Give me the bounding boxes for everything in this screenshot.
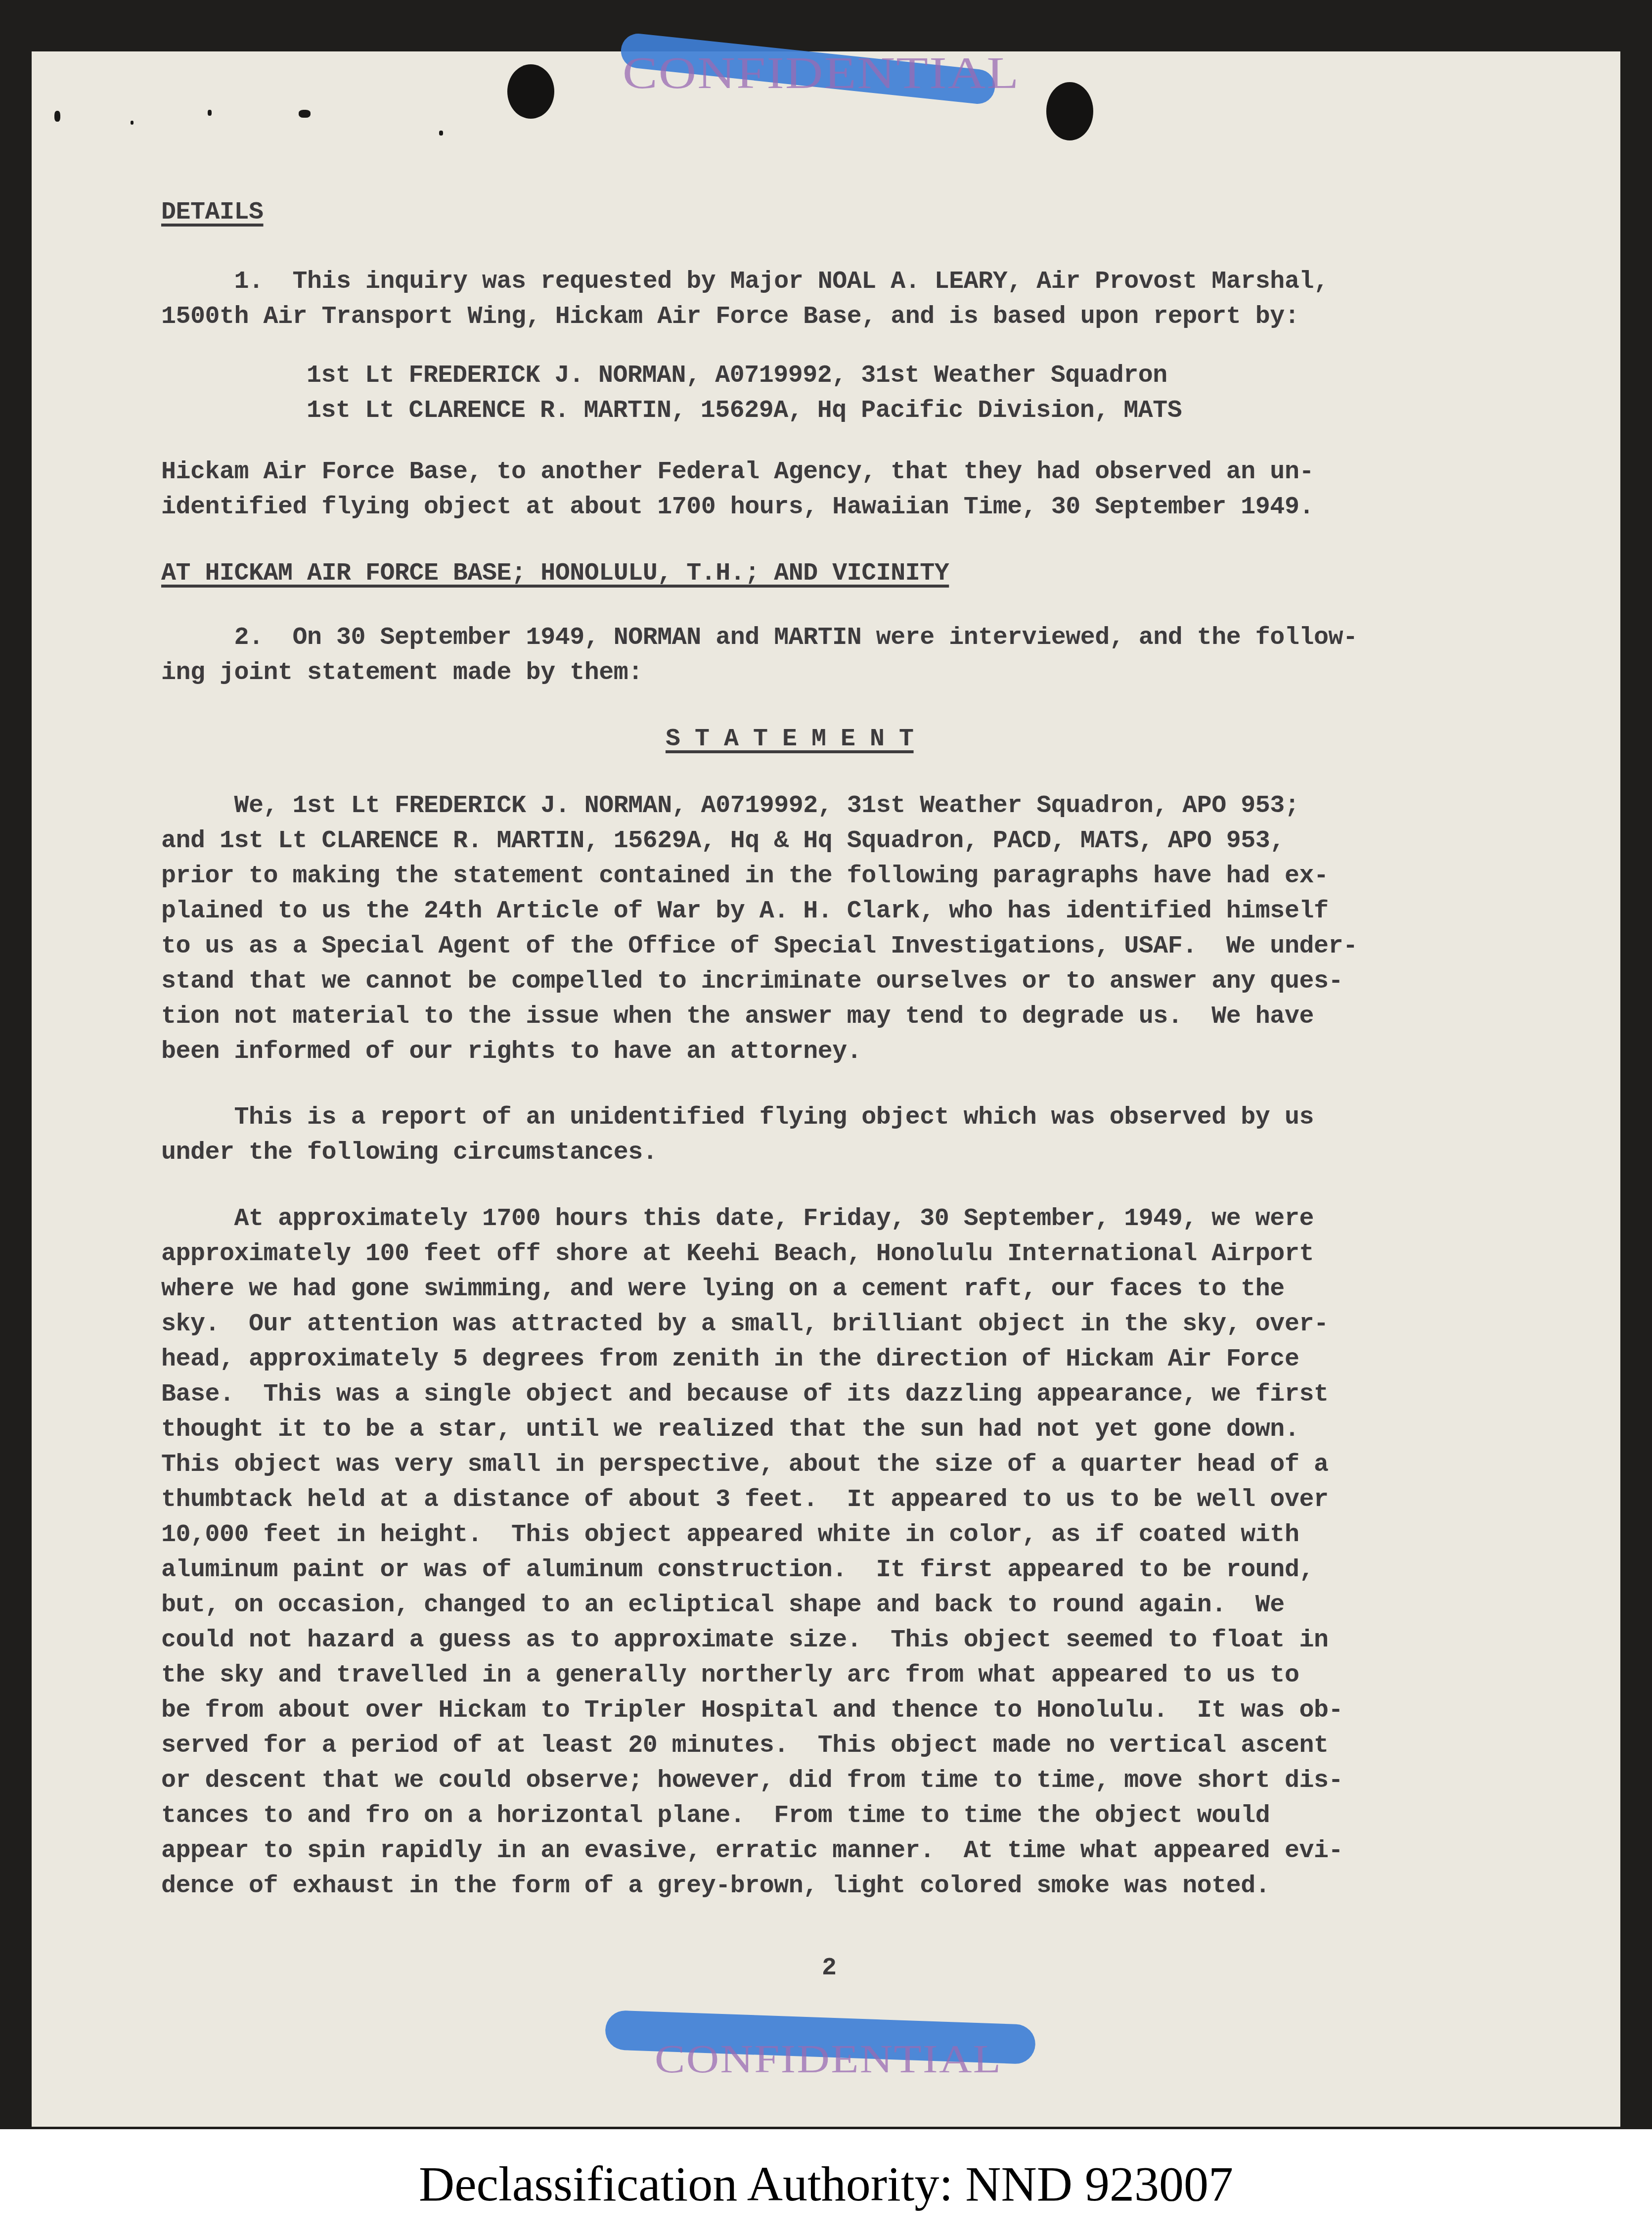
confidential-stamp-top: CONFIDENTIAL bbox=[623, 46, 1020, 99]
text-line: where we had gone swimming, and were lyi… bbox=[161, 1272, 1285, 1307]
text-line: This object was very small in perspectiv… bbox=[161, 1447, 1328, 1482]
text-line: We, 1st Lt FREDERICK J. NORMAN, A0719992… bbox=[161, 788, 1299, 823]
text-line: At approximately 1700 hours this date, F… bbox=[161, 1201, 1314, 1236]
reporter-norman: 1st Lt FREDERICK J. NORMAN, A0719992, 31… bbox=[307, 358, 1167, 393]
punch-hole-left bbox=[507, 64, 554, 119]
text-line: 10,000 feet in height. This object appea… bbox=[161, 1517, 1299, 1553]
text-line: to us as a Special Agent of the Office o… bbox=[161, 929, 1357, 964]
text-line: identified flying object at about 1700 h… bbox=[161, 490, 1314, 525]
text-line: appear to spin rapidly in an evasive, er… bbox=[161, 1833, 1343, 1869]
confidential-stamp-bottom: CONFIDENTIAL bbox=[655, 2037, 1002, 2082]
text-line: plained to us the 24th Article of War by… bbox=[161, 894, 1328, 929]
declassification-text: Declassification Authority: NND 923007 bbox=[419, 2155, 1233, 2212]
text-line: tion not material to the issue when the … bbox=[161, 999, 1314, 1034]
speck bbox=[54, 111, 60, 122]
speck bbox=[131, 121, 134, 125]
location-heading: AT HICKAM AIR FORCE BASE; HONOLULU, T.H.… bbox=[161, 556, 949, 591]
text-line: dence of exhaust in the form of a grey-b… bbox=[161, 1869, 1270, 1904]
speck bbox=[208, 110, 212, 116]
text-line: prior to making the statement contained … bbox=[161, 859, 1328, 894]
text-line: could not hazard a guess as to approxima… bbox=[161, 1623, 1328, 1658]
text-line: ing joint statement made by them: bbox=[161, 655, 643, 690]
text-line: under the following circumstances. bbox=[161, 1135, 657, 1170]
text-line: approximately 100 feet off shore at Keeh… bbox=[161, 1236, 1314, 1272]
page-number: 2 bbox=[822, 1951, 837, 1986]
text-line: thumbtack held at a distance of about 3 … bbox=[161, 1482, 1328, 1517]
text-line: sky. Our attention was attracted by a sm… bbox=[161, 1307, 1328, 1342]
text-line: thought it to be a star, until we realiz… bbox=[161, 1412, 1299, 1447]
text-line: but, on occasion, changed to an ecliptic… bbox=[161, 1588, 1285, 1623]
text-line: been informed of our rights to have an a… bbox=[161, 1034, 861, 1069]
declassification-footer: Declassification Authority: NND 923007 bbox=[0, 2129, 1652, 2238]
text-line: This is a report of an unidentified flyi… bbox=[161, 1100, 1314, 1135]
text-line: served for a period of at least 20 minut… bbox=[161, 1728, 1328, 1763]
statement-heading: S T A T E M E N T bbox=[666, 722, 914, 757]
text-line: or descent that we could observe; howeve… bbox=[161, 1763, 1343, 1798]
text-line: 1. This inquiry was requested by Major N… bbox=[161, 264, 1328, 299]
text-line: Base. This was a single object and becau… bbox=[161, 1377, 1328, 1412]
document-page: CONFIDENTIAL DETAILS 1. This inquiry was… bbox=[32, 51, 1620, 2127]
speck bbox=[439, 131, 443, 136]
section-heading-details: DETAILS bbox=[161, 195, 264, 230]
speck bbox=[299, 110, 311, 118]
text-line: tances to and fro on a horizontal plane.… bbox=[161, 1798, 1270, 1833]
text-line: stand that we cannot be compelled to inc… bbox=[161, 964, 1343, 999]
text-line: 1500th Air Transport Wing, Hickam Air Fo… bbox=[161, 299, 1299, 334]
text-line: the sky and travelled in a generally nor… bbox=[161, 1658, 1299, 1693]
text-line: Hickam Air Force Base, to another Federa… bbox=[161, 455, 1314, 490]
reporter-martin: 1st Lt CLARENCE R. MARTIN, 15629A, Hq Pa… bbox=[307, 393, 1182, 428]
text-line: aluminum paint or was of aluminum constr… bbox=[161, 1553, 1314, 1588]
text-line: head, approximately 5 degrees from zenit… bbox=[161, 1342, 1299, 1377]
text-line: and 1st Lt CLARENCE R. MARTIN, 15629A, H… bbox=[161, 823, 1285, 859]
punch-hole-right bbox=[1046, 82, 1093, 140]
text-line: 2. On 30 September 1949, NORMAN and MART… bbox=[161, 620, 1357, 655]
text-line: be from about over Hickam to Tripler Hos… bbox=[161, 1693, 1343, 1728]
